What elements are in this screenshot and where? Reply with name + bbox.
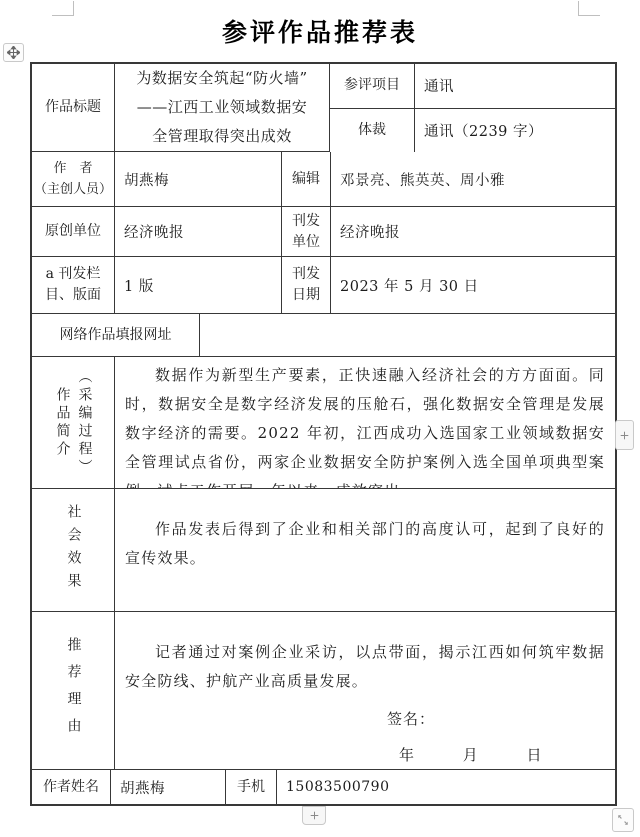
online-work-url-label: 网络作品填报网址 [32,314,200,357]
table-row: a 刊发栏 目、版面 1 版 刊发 日期 2023 年 5 月 30 日 [32,257,615,314]
original-unit-value[interactable]: 经济晚报 [115,207,282,257]
publish-unit-value[interactable]: 经济晚报 [331,207,615,257]
genre-value[interactable]: 通讯（2239 字） [415,109,615,153]
publish-unit-label: 刊发 单位 [282,207,331,257]
mobile-value[interactable]: 15083500790 [277,770,615,804]
table-row: 原创单位 经济晚报 刊发 单位 经济晚报 [32,207,615,257]
table-row: 作 者 （主创人员） 胡燕梅 编辑 邓景亮、熊英英、周小雅 [32,152,615,207]
social-effect-label: 社会效果 [32,489,115,612]
work-title-label: 作品标题 [32,64,115,152]
table-row: 推荐理由 记者通过对案例企业采访，以点带面，揭示江西如何筑牢数据安全防线、护航产… [32,612,615,770]
entry-category-value[interactable]: 通讯 [415,64,615,108]
original-unit-label: 原创单位 [32,207,115,257]
table-row: 作品简介 （采编过程） 数据作为新型生产要素，正快速融入经济社会的方方面面。同时… [32,357,615,489]
plus-icon [619,430,630,441]
table-move-handle[interactable] [3,43,24,62]
editor-label: 编辑 [282,152,331,207]
page-title: 参评作品推荐表 [0,13,640,49]
author-name-value[interactable]: 胡燕梅 [111,770,226,804]
mobile-label: 手机 [226,770,277,804]
work-intro-value[interactable]: 数据作为新型生产要素，正快速融入经济社会的方方面面。同时，数据安全是数字经济发展… [115,357,615,489]
document-page: 参评作品推荐表 作品标题 为数据安全筑起“防火墙” ——江西工业领域数据安 全管… [0,0,640,837]
column-page-value[interactable]: 1 版 [115,257,282,314]
online-work-url-value[interactable] [200,314,615,357]
plus-icon [309,810,320,821]
signature-date-placeholder: 年 月 日 [399,744,544,765]
work-title-value[interactable]: 为数据安全筑起“防火墙” ——江西工业领域数据安 全管理取得突出成效 [115,64,330,152]
entry-category-label: 参评项目 [330,64,415,108]
move-cross-arrows-icon [7,46,20,59]
author-name-label: 作者姓名 [32,770,111,804]
social-effect-label-text: 社会效果 [63,504,84,596]
author-label: 作 者 （主创人员） [32,152,115,207]
table-resize-handle[interactable] [612,808,634,832]
recommend-reason-label: 推荐理由 [32,612,115,770]
recommend-reason-label-text: 推荐理由 [63,637,84,745]
resize-diagonal-icon [616,813,630,827]
editor-value[interactable]: 邓景亮、熊英英、周小雅 [331,152,615,207]
signature-label: 签名： [387,708,435,729]
table-row: 社会效果 作品发表后得到了企业和相关部门的高度认可，起到了良好的宣传效果。 [32,489,615,612]
work-intro-label: 作品简介 （采编过程） [32,357,115,489]
table-row: 作者姓名 胡燕梅 手机 15083500790 [32,770,615,804]
work-intro-label-col1: 作品简介 [52,387,73,459]
insert-row-button[interactable] [302,806,326,825]
work-intro-paragraph: 数据作为新型生产要素，正快速融入经济社会的方方面面。同时，数据安全是数字经济发展… [115,361,615,489]
social-effect-value[interactable]: 作品发表后得到了企业和相关部门的高度认可，起到了良好的宣传效果。 [115,489,615,612]
insert-column-button[interactable] [615,420,634,450]
genre-label: 体裁 [330,109,415,153]
author-value[interactable]: 胡燕梅 [115,152,282,207]
table-row: 作品标题 为数据安全筑起“防火墙” ——江西工业领域数据安 全管理取得突出成效 … [32,64,615,152]
publish-date-label: 刊发 日期 [282,257,331,314]
recommend-reason-value[interactable]: 记者通过对案例企业采访，以点带面，揭示江西如何筑牢数据安全防线、护航产业高质量发… [115,612,615,770]
publish-date-value[interactable]: 2023 年 5 月 30 日 [331,257,615,314]
table-row: 网络作品填报网址 [32,314,615,357]
social-effect-paragraph: 作品发表后得到了企业和相关部门的高度认可，起到了良好的宣传效果。 [115,515,615,573]
work-intro-label-col2: （采编过程） [74,369,95,477]
recommend-reason-paragraph: 记者通过对案例企业采访，以点带面，揭示江西如何筑牢数据安全防线、护航产业高质量发… [115,638,615,696]
recommendation-form-table: 作品标题 为数据安全筑起“防火墙” ——江西工业领域数据安 全管理取得突出成效 … [30,62,617,806]
column-page-label: a 刊发栏 目、版面 [32,257,115,314]
